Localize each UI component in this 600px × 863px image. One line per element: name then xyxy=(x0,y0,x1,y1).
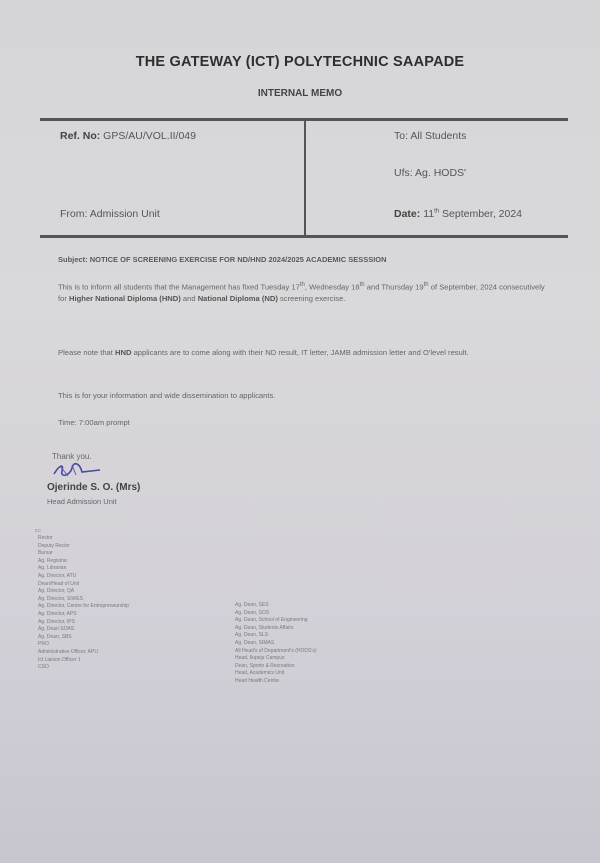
distribution-item: Administrative Officer, APU xyxy=(38,649,129,657)
subject-text: NOTICE OF SCREENING EXERCISE FOR ND/HND … xyxy=(90,255,387,264)
signer-title: Head Admission Unit xyxy=(47,497,117,506)
distribution-item: All Head's of Department's (HODS's) xyxy=(235,648,317,656)
from-field: From: Admission Unit xyxy=(60,208,160,220)
memo-header-table: Ref. No: GPS/AU/VOL.II/049 From: Admissi… xyxy=(40,118,568,238)
ref-label: Ref. No: xyxy=(60,130,100,142)
distribution-item: Ag. Librarian xyxy=(38,565,129,573)
from-value: Admission Unit xyxy=(90,208,160,220)
distribution-item: CSO xyxy=(38,664,129,672)
p1-text-e: and xyxy=(181,294,198,303)
body-paragraph-3: This is for your information and wide di… xyxy=(58,390,548,401)
distribution-item: Ag. Director, ATU xyxy=(38,573,129,581)
distribution-item: Ag. Dean, SBS xyxy=(38,634,129,642)
memo-type-heading: INTERNAL MEMO xyxy=(0,88,600,99)
p1-nd: National Diploma (ND) xyxy=(198,294,278,303)
p1-text-a: This is to inform all students that the … xyxy=(58,283,300,292)
ref-value: GPS/AU/VOL.II/049 xyxy=(103,130,196,142)
memo-page: THE GATEWAY (ICT) POLYTECHNIC SAAPADE IN… xyxy=(0,0,600,863)
p2-text-a: Please note that xyxy=(58,348,115,357)
memo-subject: Subject: NOTICE OF SCREENING EXERCISE FO… xyxy=(58,255,548,264)
subject-label: Subject: xyxy=(58,255,88,264)
distribution-item: Ag. Dean, SIMAS xyxy=(235,640,317,648)
date-suffix: th xyxy=(434,209,439,215)
distribution-list-left: RectorDeputy RectorBursarAg. RegistrarAg… xyxy=(38,535,129,672)
distribution-item: Ag. Director, SIWES xyxy=(38,596,129,604)
signer-name: Ojerinde S. O. (Mrs) xyxy=(47,482,140,493)
from-label: From: xyxy=(60,208,87,220)
p1-hnd: Higher National Diploma (HND) xyxy=(69,294,181,303)
distribution-item: Ag. Dean, School of Engineering xyxy=(235,617,317,625)
distribution-item: Ag. Dean, Students Affairs xyxy=(235,625,317,633)
distribution-item: Ag. Registrar xyxy=(38,558,129,566)
ufs-value: Ag. HODS' xyxy=(415,167,466,179)
distribution-item: Dean, Sports & Recreation xyxy=(235,663,317,671)
distribution-item: Ag. Dean, SES xyxy=(235,602,317,610)
distribution-item: Ag. Dean, SOS xyxy=(235,610,317,618)
distribution-item: Ag. Dean, SLS xyxy=(235,632,317,640)
p1-text-c: and Thursday 19 xyxy=(365,283,424,292)
p2-text-b: applicants are to come along with their … xyxy=(131,348,468,357)
distribution-item: Ict Liaison Officer 1 xyxy=(38,657,129,665)
ufs-label: Ufs: xyxy=(394,167,413,179)
distribution-item: Head, Academics Unit xyxy=(235,670,317,678)
ufs-field: Ufs: Ag. HODS' xyxy=(394,167,466,179)
distribution-item: Ag. Director, APS xyxy=(38,611,129,619)
distribution-item: Head, Ilupeju Campus xyxy=(235,655,317,663)
to-label: To: xyxy=(394,130,408,142)
distribution-item: Head Health Centre xyxy=(235,678,317,686)
date-label: Date: xyxy=(394,208,420,220)
closing: Thank you. xyxy=(52,452,92,461)
body-paragraph-2: Please note that HND applicants are to c… xyxy=(58,347,548,358)
screening-time: Time: 7:00am prompt xyxy=(58,417,548,428)
cc-label: cc: xyxy=(35,528,41,534)
table-divider xyxy=(304,118,306,238)
date-day: 11 xyxy=(423,208,434,220)
distribution-item: Bursar xyxy=(38,550,129,558)
distribution-list-right: Ag. Dean, SESAg. Dean, SOSAg. Dean, Scho… xyxy=(235,602,317,686)
distribution-item: Ag. Dean SOAS xyxy=(38,626,129,634)
distribution-item: Ag. Director, QA xyxy=(38,588,129,596)
date-rest: September, 2024 xyxy=(442,208,522,220)
distribution-item: Rector xyxy=(38,535,129,543)
distribution-item: Ag. Director, IPS xyxy=(38,619,129,627)
p2-hnd: HND xyxy=(115,348,131,357)
distribution-item: Dean/Head of Unit xyxy=(38,581,129,589)
to-value: All Students xyxy=(410,130,466,142)
p1-text-b: , Wednesday 18 xyxy=(305,283,360,292)
date-field: Date: 11th September, 2024 xyxy=(394,208,522,220)
reference-number: Ref. No: GPS/AU/VOL.II/049 xyxy=(60,130,196,142)
body-paragraph-1: This is to inform all students that the … xyxy=(58,280,548,304)
distribution-item: Deputy Rector xyxy=(38,543,129,551)
distribution-item: PRO xyxy=(38,641,129,649)
institution-title: THE GATEWAY (ICT) POLYTECHNIC SAAPADE xyxy=(0,54,600,70)
p1-text-f: screening exercise. xyxy=(278,294,346,303)
distribution-item: Ag. Director, Centre for Entrepreneurshi… xyxy=(38,603,129,611)
signature-icon xyxy=(52,462,104,478)
to-field: To: All Students xyxy=(394,130,466,142)
